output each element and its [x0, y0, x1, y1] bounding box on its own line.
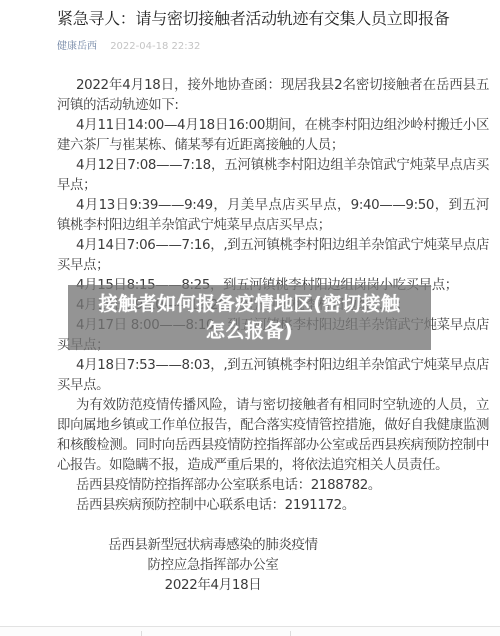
article-source-link[interactable]: 健康岳西: [57, 41, 97, 52]
paragraph-notice: 为有效防范疫情传播风险，请与密切接触者有相同时空轨迹的人员，立即向属地乡镇或工作…: [57, 396, 489, 476]
bottom-toolbar: [0, 626, 500, 636]
contact-phone-command-office: 岳西县疫情防控指挥部办公室联系电话：2188782。: [57, 476, 489, 496]
publish-time: 2022-04-18 22:32: [110, 41, 200, 52]
signature-org-line1: 岳西县新型冠状病毒感染的肺炎疫情: [57, 536, 369, 556]
signature-block: 岳西县新型冠状病毒感染的肺炎疫情 防控应急指挥部办公室 2022年4月18日: [57, 536, 369, 596]
signature-date: 2022年4月18日: [57, 576, 369, 596]
paragraph-apr18: 4月18日7:53——8:03，,到五河镇桃李村阳边组羊杂馆武宁炖菜早点店买早点…: [57, 356, 489, 396]
paragraph-intro: 2022年4月18日，接外地协查函：现居我县2名密切接触者在岳西县五河镇的活动轨…: [57, 76, 489, 116]
overlay-line-1: 接触者如何报备疫情地区(密切接触: [99, 291, 401, 318]
paragraph-apr12: 4月12日7:08——7:18，五河镇桃李村阳边组羊杂馆武宁炖菜早点店买早点；: [57, 156, 489, 196]
toolbar-divider: [290, 631, 291, 636]
headline-overlay-banner: 接触者如何报备疫情地区(密切接触 怎么报备): [68, 285, 431, 350]
signature-org-line2: 防控应急指挥部办公室: [57, 556, 369, 576]
contact-phone-cdc: 岳西县疾病预防控制中心联系电话：2191172。: [57, 496, 489, 516]
toolbar-divider: [141, 631, 142, 636]
overlay-line-2: 怎么报备): [206, 318, 293, 345]
paragraph-apr13: 4月13日9:39——9:49，月美早点店买早点，9:40——9:50，到五河镇…: [57, 196, 489, 236]
paragraph-apr14: 4月14日7:06——7:16，,到五河镇桃李村阳边组羊杂馆武宁炖菜早点店买早点…: [57, 236, 489, 276]
article-title: 紧急寻人：请与密切接触者活动轨迹有交集人员立即报备: [57, 9, 497, 29]
article-meta: 健康岳西 2022-04-18 22:32: [57, 40, 200, 53]
paragraph-apr11: 4月11日14:00—4月18日16:00期间，在桃李村阳边组沙岭村搬迁小区建六…: [57, 116, 489, 156]
spacer: [57, 516, 489, 536]
